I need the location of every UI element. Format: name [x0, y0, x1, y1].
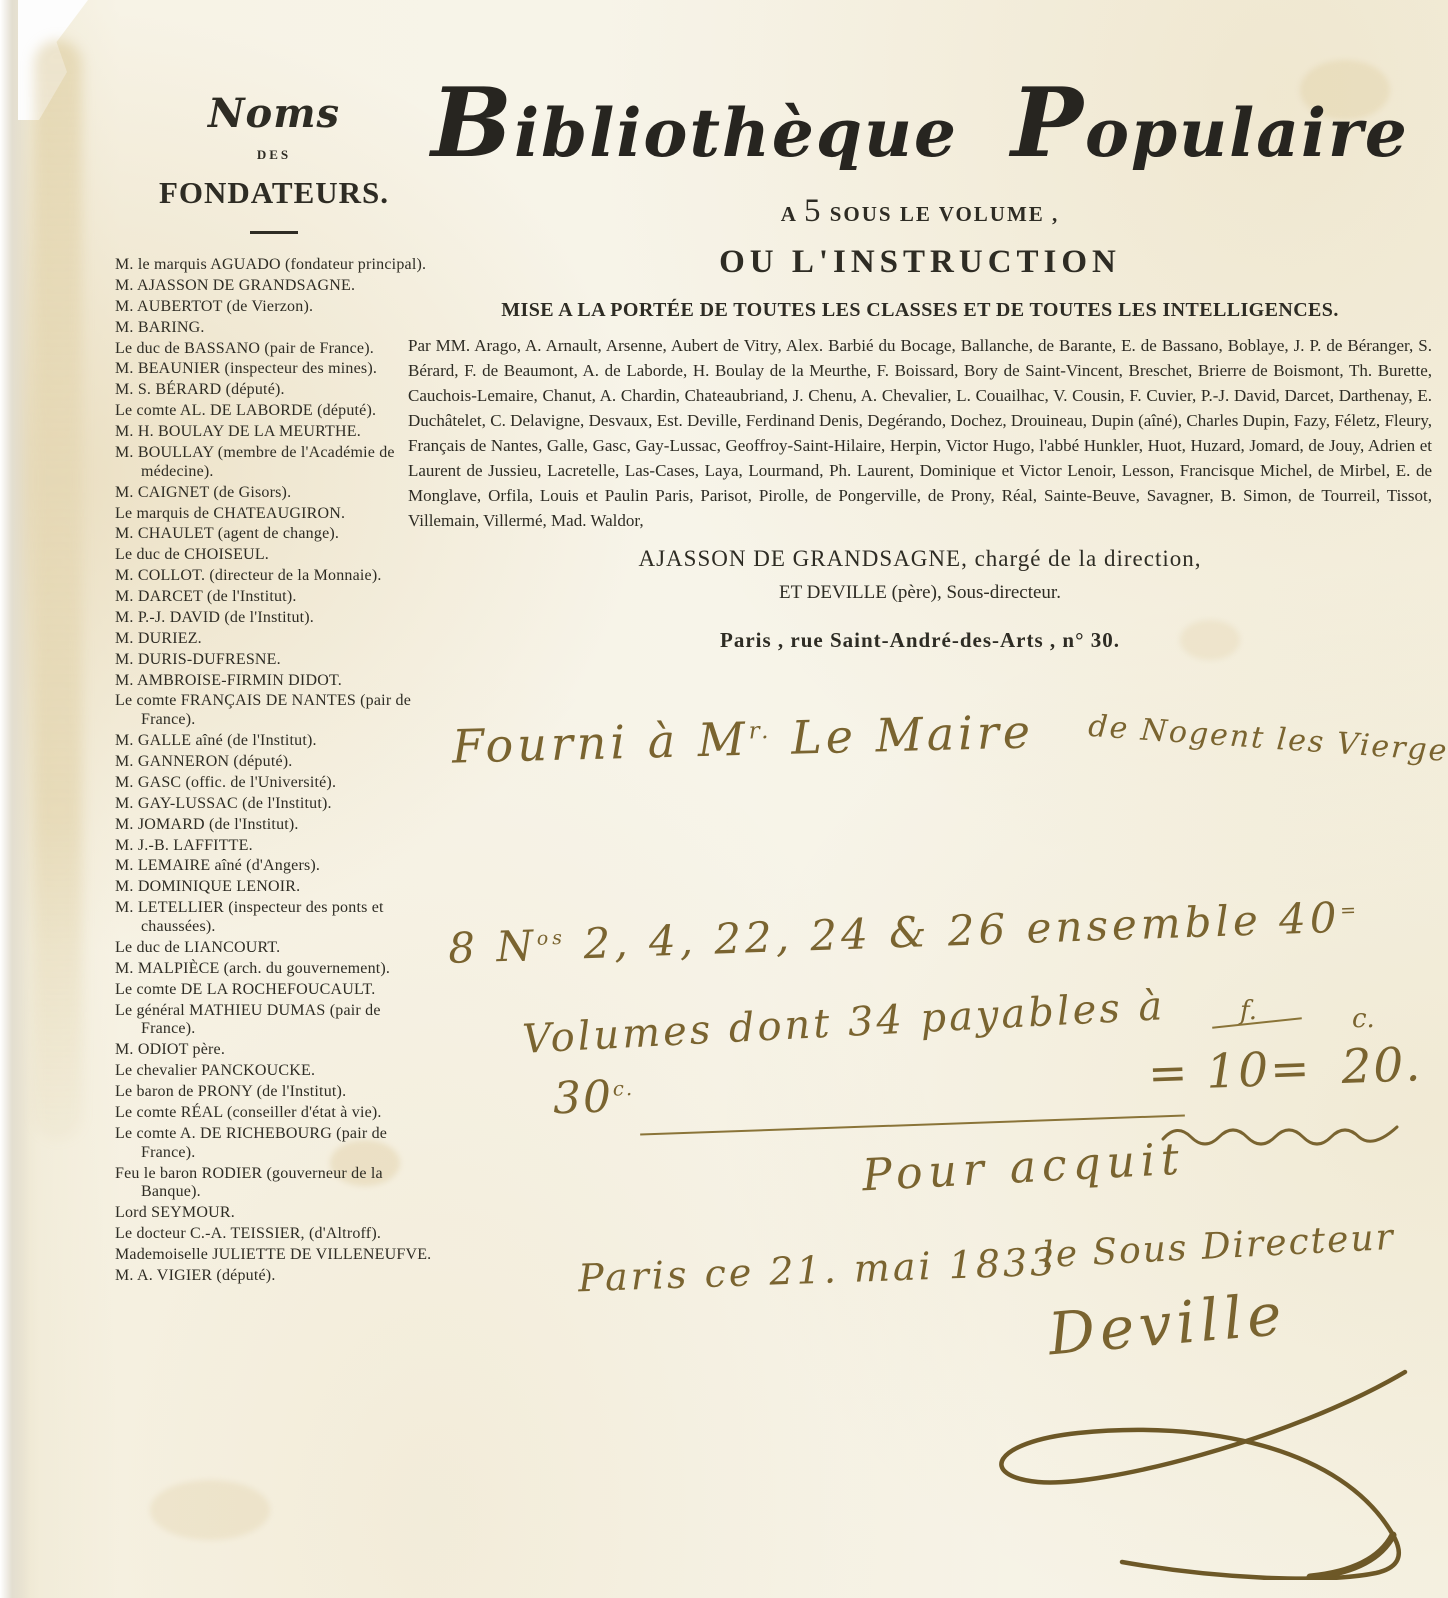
handwritten-recipient: Fourni à Mr. Le Maire — [451, 704, 1034, 773]
founder-list-item: M. COLLOT. (directeur de la Monnaie). — [115, 567, 433, 586]
price-prefix: A — [781, 202, 804, 226]
paper-stain — [34, 40, 82, 1140]
founders-divider — [250, 231, 298, 234]
founder-list-item: M. MALPIÈCE (arch. du gouvernement). — [115, 960, 433, 979]
founder-list-item: M. LETELLIER (inspecteur des ponts et ch… — [115, 899, 433, 937]
founders-heading-noms: Noms — [115, 90, 433, 137]
founder-list-item: Le marquis de CHATEAUGIRON. — [115, 505, 433, 524]
founder-list-item: Le général MATHIEU DUMAS (pair de France… — [115, 1002, 433, 1040]
founder-list-item: M. GASC (offic. de l'Université). — [115, 774, 433, 793]
price-number: 5 — [804, 193, 823, 229]
handwritten-unit-price: 30c. — [552, 1071, 635, 1125]
direction-line: AJASSON DE GRANDSAGNE, chargé de la dire… — [400, 546, 1440, 572]
founder-list-item: M. P.-J. DAVID (de l'Institut). — [115, 609, 433, 628]
founder-list-item: Le comte AL. DE LABORDE (député). — [115, 402, 433, 421]
founder-list-item: M. BOULLAY (membre de l'Académie de méde… — [115, 444, 433, 482]
founder-list-item: Le comte DE LA ROCHEFOUCAULT. — [115, 981, 433, 1000]
unit-price-superscript: c. — [612, 1077, 634, 1101]
founder-list-item: M. le marquis AGUADO (fondateur principa… — [115, 256, 433, 275]
total-cents: 20. — [1341, 1037, 1424, 1095]
recipient-text: Le Maire — [772, 704, 1035, 765]
order-superscript: = — [1340, 899, 1361, 922]
founder-list-item: Le duc de BASSANO (pair de France). — [115, 340, 433, 359]
founders-heading-des: DES — [115, 147, 433, 163]
contributors-paragraph: Par MM. Arago, A. Arnault, Arsenne, Aube… — [400, 334, 1440, 534]
paper-stain — [150, 1480, 270, 1540]
masthead-title-word-1: Bibliothèque — [431, 66, 958, 179]
address-line: Paris , rue Saint-André-des-Arts , n° 30… — [400, 628, 1440, 653]
centime-superscript: c. — [1352, 1004, 1375, 1034]
founder-list-item: Le docteur C.-A. TEISSIER, (d'Altroff). — [115, 1225, 433, 1244]
founder-list-item: M. CAIGNET (de Gisors). — [115, 484, 433, 503]
price-line: A 5 SOUS LE VOLUME , — [400, 193, 1440, 230]
recipient-text: Fourni à M — [451, 712, 749, 774]
founder-list-item: M. DOMINIQUE LENOIR. — [115, 878, 433, 897]
founder-list-item: M. BARING. — [115, 319, 433, 338]
founder-list-item: M. LEMAIRE aîné (d'Angers). — [115, 857, 433, 876]
founders-list: M. le marquis AGUADO (fondateur principa… — [115, 256, 433, 1286]
founder-list-item: Le comte RÉAL (conseiller d'état à vie). — [115, 1104, 433, 1123]
founder-list-item: M. GANNERON (député). — [115, 753, 433, 772]
founder-list-item: Le comte FRANÇAIS DE NANTES (pair de Fra… — [115, 692, 433, 730]
masthead: Bibliothèque Populaire A 5 SOUS LE VOLUM… — [400, 66, 1440, 653]
signature-paraph-flourish — [950, 1330, 1430, 1580]
founder-list-item: M. DURIS-DUFRESNE. — [115, 651, 433, 670]
masthead-title: Bibliothèque Populaire — [400, 66, 1440, 179]
founder-list-item: M. S. BÉRARD (député). — [115, 381, 433, 400]
unit-price-number: 30 — [552, 1071, 614, 1124]
founder-list-item: M. CHAULET (agent de change). — [115, 525, 433, 544]
founder-list-item: Mademoiselle JULIETTE DE VILLENEUFVE. — [115, 1246, 433, 1265]
total-francs: = 10= — [1147, 1041, 1312, 1102]
handwritten-acquit: Pour acquit — [861, 1134, 1186, 1202]
scanned-document-page: Noms DES FONDATEURS. M. le marquis AGUAD… — [0, 0, 1448, 1598]
handwritten-date: Paris ce 21. mai 1833 — [577, 1240, 1058, 1301]
price-suffix: SOUS LE VOLUME , — [830, 202, 1060, 226]
recipient-superscript: r. — [748, 718, 772, 745]
founder-list-item: M. GALLE aîné (de l'Institut). — [115, 732, 433, 751]
superscript-dash — [1212, 1017, 1302, 1028]
handwritten-signer-title: le Sous Directeur — [1041, 1217, 1396, 1276]
tagline: MISE A LA PORTÉE DE TOUTES LES CLASSES E… — [400, 299, 1440, 322]
order-text: 8 N — [447, 921, 537, 973]
founder-list-item: Lord SEYMOUR. — [115, 1204, 433, 1223]
founders-panel: Noms DES FONDATEURS. M. le marquis AGUAD… — [115, 90, 433, 1288]
handwritten-order-line-2: Volumes dont 34 payables à — [521, 983, 1166, 1063]
founder-list-item: M. ODIOT père. — [115, 1041, 433, 1060]
founder-list-item: M. AJASSON DE GRANDSAGNE. — [115, 277, 433, 296]
founder-list-item: Le baron de PRONY (de l'Institut). — [115, 1083, 433, 1102]
founder-list-item: M. JOMARD (de l'Institut). — [115, 816, 433, 835]
handwritten-order-line-1: 8 Nos 2, 4, 22, 24 & 26 ensemble 40= — [447, 892, 1361, 973]
scan-left-edge — [0, 0, 30, 1598]
founder-list-item: Le chevalier PANCKOUCKE. — [115, 1062, 433, 1081]
handwritten-total: = 10=20. — [1147, 1037, 1423, 1102]
total-wave-underline — [1158, 1104, 1428, 1154]
founder-list-item: M. DURIEZ. — [115, 630, 433, 649]
order-superscript: os — [536, 927, 566, 950]
founder-list-item: M. DARCET (de l'Institut). — [115, 588, 433, 607]
founder-list-item: M. AMBROISE-FIRMIN DIDOT. — [115, 672, 433, 691]
founder-list-item: M. BEAUNIER (inspecteur des mines). — [115, 360, 433, 379]
founder-list-item: M. J.-B. LAFFITTE. — [115, 837, 433, 856]
handwritten-recipient-place: de Nogent les Vierges — [1087, 709, 1448, 770]
founder-list-item: Le comte A. DE RICHEBOURG (pair de Franc… — [115, 1125, 433, 1163]
founder-list-item: M. GAY-LUSSAC (de l'Institut). — [115, 795, 433, 814]
order-text: 2, 4, 22, 24 & 26 ensemble 40 — [565, 893, 1341, 969]
subtitle-ou-linstruction: OU L'INSTRUCTION — [400, 244, 1440, 281]
founder-list-item: Le duc de CHOISEUL. — [115, 546, 433, 565]
founder-list-item: Feu le baron RODIER (gouverneur de la Ba… — [115, 1165, 433, 1203]
masthead-title-word-2: Populaire — [1011, 66, 1409, 179]
founder-list-item: M. AUBERTOT (de Vierzon). — [115, 298, 433, 317]
founders-heading-title: FONDATEURS. — [115, 175, 433, 211]
price-rule-line — [640, 1114, 1185, 1135]
founder-list-item: Le duc de LIANCOURT. — [115, 939, 433, 958]
subdirector-line: ET DEVILLE (père), Sous-directeur. — [400, 582, 1440, 604]
founder-list-item: M. A. VIGIER (député). — [115, 1267, 433, 1286]
founder-list-item: M. H. BOULAY DE LA MEURTHE. — [115, 423, 433, 442]
